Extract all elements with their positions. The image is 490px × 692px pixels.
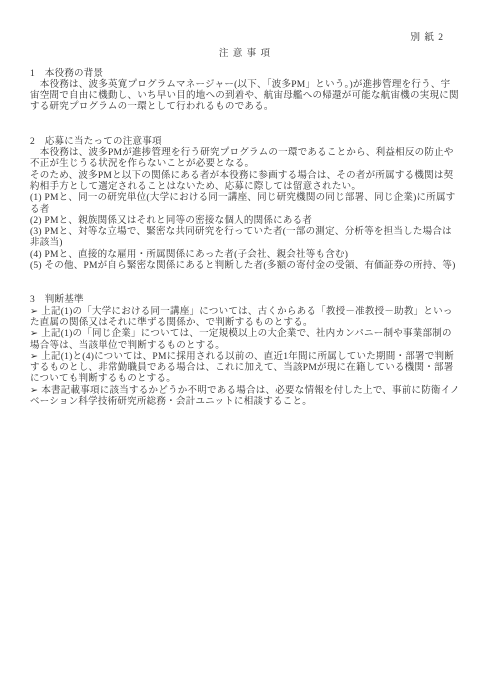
paragraph: そのため、波多PMと以下の関係にある者が本役務に参画する場合は、その者が所属する…	[30, 171, 460, 194]
bullet-item: ➢上記(1)の「同じ企業」については、一定規模以上の大企業で、社内カンパニー制や…	[30, 329, 460, 352]
section-heading: 1 本役務の背景	[30, 69, 460, 80]
document-page: 別 紙 2 注 意 事 項 1 本役務の背景 本役務は、波多英寛プログラムマネー…	[0, 0, 490, 692]
arrow-bullet-icon: ➢	[30, 329, 41, 339]
bullet-text: 上記(1)と(4)については、PMに採用される以前の、直近1年間に所属していた期…	[30, 352, 454, 385]
bullet-item: ➢上記(1)の「大学における同一講座」については、古くからある「教授－准教授－助…	[30, 307, 460, 330]
list-item: (4) PMと、直接的な雇用・所属関係にあった者(子会社、親会社等も含む)	[30, 250, 460, 261]
section-background: 1 本役務の背景 本役務は、波多英寛プログラムマネージャー(以下、「波多PM」と…	[30, 69, 460, 114]
arrow-bullet-icon: ➢	[30, 386, 41, 396]
document-title: 注 意 事 項	[30, 49, 460, 60]
arrow-bullet-icon: ➢	[30, 307, 41, 317]
section-judgment-criteria: 3 判断基準 ➢上記(1)の「大学における同一講座」については、古くからある「教…	[30, 295, 460, 408]
bullet-item: ➢本書記載事項に該当するかどうか不明である場合は、必要な情報を付した上で、事前に…	[30, 386, 460, 409]
section-application-notes: 2 応募に当たっての注意事項 本役務は、波多PMが進捗管理を行う研究プログラムの…	[30, 137, 460, 273]
list-item: (1) PMと、同一の研究単位(大学における同一講座、同じ研究機関の同じ部署、同…	[30, 193, 460, 216]
list-item: (2) PMと、親族関係又はそれと同等の密接な個人的関係にある者	[30, 216, 460, 227]
bullet-item: ➢上記(1)と(4)については、PMに採用される以前の、直近1年間に所属していた…	[30, 352, 460, 386]
bullet-text: 本書記載事項に該当するかどうか不明である場合は、必要な情報を付した上で、事前に防…	[30, 386, 460, 407]
bullet-text: 上記(1)の「大学における同一講座」については、古くからある「教授－准教授－助教…	[30, 307, 453, 328]
section-heading: 2 応募に当たっての注意事項	[30, 137, 460, 148]
list-item: (5) その他、PMが自ら緊密な関係にあると判断した者(多額の寄付金の受領、有価…	[30, 261, 460, 272]
paragraph: 本役務は、波多PMが進捗管理を行う研究プログラムの一環であることから、利益相反の…	[30, 148, 460, 171]
list-item: (3) PMと、対等な立場で、緊密な共同研究を行っていた者(一部の測定、分析等を…	[30, 227, 460, 250]
paragraph: 本役務は、波多英寛プログラムマネージャー(以下、「波多PM」という。)が進捗管理…	[30, 80, 460, 114]
attachment-label: 別 紙 2	[30, 33, 460, 44]
arrow-bullet-icon: ➢	[30, 352, 41, 362]
section-heading: 3 判断基準	[30, 295, 460, 306]
bullet-text: 上記(1)の「同じ企業」については、一定規模以上の大企業で、社内カンパニー制や事…	[30, 329, 452, 350]
